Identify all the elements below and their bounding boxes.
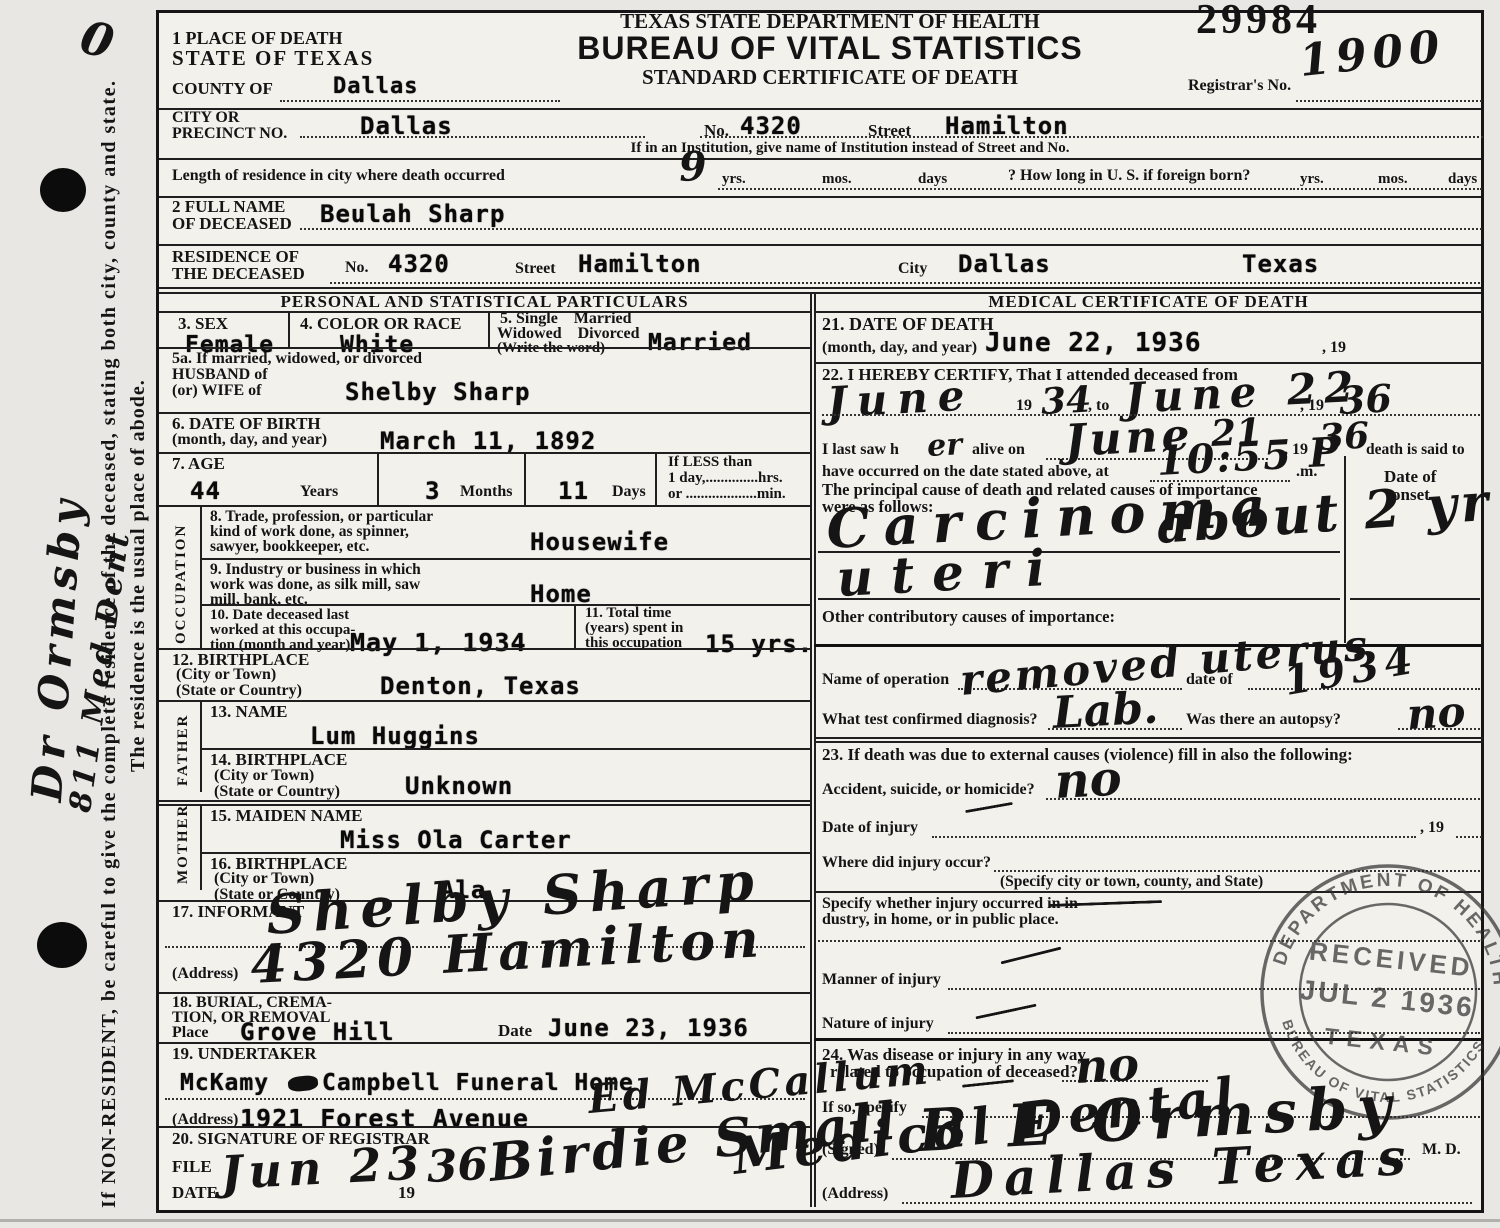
divider (814, 741, 1483, 743)
divider (1456, 836, 1482, 838)
birthplace-value: Denton, Texas (380, 672, 581, 700)
residence-length-label: Length of residence in city where death … (172, 168, 505, 185)
dept-title: TEXAS STATE DEPARTMENT OF HEALTH (560, 10, 1100, 32)
street-value: Hamilton (945, 112, 1069, 140)
city-value: Dallas (360, 112, 453, 140)
undertaker-value-1: McKamy (180, 1070, 269, 1096)
cause-of-death-line-2: uteri (835, 542, 1064, 604)
mother-vertical-label: MOTHER (176, 804, 192, 884)
hole-punch-bottom (37, 922, 87, 968)
registrar-no-label: Registrar's No. (1188, 78, 1291, 95)
divider (377, 452, 379, 505)
medical-section-title: MEDICAL CERTIFICATE OF DEATH (814, 293, 1483, 311)
trade-value: Housewife (530, 528, 669, 556)
race-label: 4. COLOR OR RACE (300, 315, 462, 333)
personal-section-title: PERSONAL AND STATISTICAL PARTICULARS (159, 293, 810, 311)
days-label: Days (612, 484, 646, 501)
foreign-born-label: ? How long in U. S. if foreign born? (1008, 168, 1250, 185)
date-of-death-value: June 22, 1936 (985, 328, 1202, 358)
nature-of-injury-label: Nature of injury (822, 1016, 934, 1033)
divider (488, 311, 490, 347)
dod-19-label: , 19 (1322, 340, 1346, 357)
divider (200, 700, 202, 792)
to-label: , to (1088, 398, 1109, 415)
father-name-value: Lum Huggins (310, 722, 480, 750)
divider (718, 188, 1288, 190)
autopsy-value: no (1406, 691, 1467, 736)
physician-address-label: (Address) (822, 1186, 888, 1203)
mos-label: mos. (822, 172, 852, 188)
fullname-value: Beulah Sharp (320, 200, 505, 228)
divider (300, 136, 645, 138)
informant-address-label: (Address) (172, 966, 238, 983)
undertaker-label: 19. UNDERTAKER (172, 1045, 317, 1063)
operation-label: Name of operation (822, 672, 949, 689)
divider (200, 804, 202, 890)
operation-date-label: date of (1186, 672, 1233, 689)
age-years-value: 44 (190, 477, 221, 505)
margin-zero-handwriting: 0 (76, 13, 118, 65)
last-saw-her-hw: er (926, 430, 962, 462)
divider (932, 836, 1416, 838)
last-saw-label-1: I last saw h (822, 442, 899, 459)
if-less-label-3: or ...................min. (668, 487, 786, 503)
last-saw-label-2: alive on (972, 442, 1025, 459)
divider (159, 196, 1481, 198)
date-of-death-sub: (month, day, and year) (822, 340, 977, 357)
autopsy-label: Was there an autopsy? (1186, 712, 1341, 729)
scan-edge-line (0, 1219, 1500, 1222)
divider (300, 228, 1482, 230)
father-birthplace-value: Unknown (405, 772, 513, 800)
related-label-2: related to occupation of deceased? (830, 1063, 1078, 1081)
last-worked-value: May 1, 1934 (350, 628, 527, 657)
dob-value: March 11, 1892 (380, 427, 596, 455)
death-certificate-scan: If NON-RESIDENT, be careful to give the … (0, 0, 1500, 1228)
res-city-label: City (898, 261, 927, 278)
divider (330, 282, 1480, 284)
hole-punch-top (40, 168, 86, 212)
divider (1296, 100, 1482, 102)
divider (814, 362, 1483, 364)
mother-name-value: Miss Ola Carter (340, 826, 572, 854)
divider (1350, 598, 1480, 600)
title-block: TEXAS STATE DEPARTMENT OF HEALTH BUREAU … (560, 10, 1100, 88)
months-label: Months (460, 484, 512, 501)
days-label: days (918, 172, 947, 188)
institution-note: If in an Institution, give name of Insti… (580, 141, 1120, 157)
manner-of-injury-label: Manner of injury (822, 972, 941, 989)
file-label: FILE (172, 1158, 212, 1176)
county-label: COUNTY OF (172, 80, 273, 98)
injury-date-label: Date of injury (822, 820, 918, 837)
state-of-texas-label: STATE OF TEXAS (172, 47, 374, 69)
marital-value: Married (648, 330, 752, 356)
days2-label: days (1448, 172, 1477, 188)
standard-title: STANDARD CERTIFICATE OF DEATH (560, 66, 1100, 88)
specify-city-label: (Specify city or town, county, and State… (1000, 874, 1263, 890)
divider (159, 311, 810, 313)
test-value: Lab. (1052, 687, 1160, 736)
burial-date-value: June 23, 1936 (548, 1014, 749, 1042)
divider (814, 311, 1483, 313)
accident-value: no (1053, 755, 1122, 806)
res-city-value: Dallas (958, 250, 1051, 278)
divider (1290, 188, 1482, 190)
to-19-label: , 19 (1300, 398, 1324, 415)
divider (524, 452, 526, 505)
age-days-value: 11 (558, 477, 589, 505)
spouse-value: Shelby Sharp (345, 378, 530, 406)
burial-date-label: Date (498, 1022, 532, 1040)
md-label: M. D. (1422, 1142, 1461, 1159)
res-street-label: Street (515, 261, 556, 278)
divider (655, 452, 657, 505)
last-saw-label-3: death is said to (1366, 442, 1465, 458)
sex-label: 3. SEX (178, 315, 228, 333)
stamp-date-text: JUL 2 1936 (1298, 974, 1476, 1023)
divider (200, 604, 810, 606)
contributory-label: Other contributory causes of importance: (822, 608, 1115, 625)
divider (700, 136, 1483, 138)
residence-length-value: 9 (678, 147, 708, 188)
test-label: What test confirmed diagnosis? (822, 712, 1038, 729)
attended-from-month: June (826, 374, 976, 424)
divider (159, 108, 1481, 110)
age-months-value: 3 (425, 477, 440, 505)
yrs2-label: yrs. (1300, 172, 1324, 188)
mos2-label: mos. (1378, 172, 1408, 188)
accident-label: Accident, suicide, or homicide? (822, 782, 1035, 799)
total-time-value: 15 yrs. (705, 630, 813, 658)
county-value: Dallas (333, 74, 418, 99)
divider (159, 347, 810, 349)
age-label: 7. AGE (172, 455, 225, 473)
specify-where-label-2: dustry, in home, or in public place. (822, 912, 1059, 929)
divider (159, 287, 1481, 289)
date-of-death-label: 21. DATE OF DEATH (822, 315, 994, 334)
injury-19-label: , 19 (1420, 820, 1444, 837)
file-19-label: 19 (398, 1184, 415, 1202)
years-label: Years (300, 484, 338, 501)
file-year-value: 36 (426, 1143, 489, 1190)
from-19-label: 19 (1016, 398, 1032, 415)
divider (574, 604, 576, 648)
res-state-value: Texas (1242, 250, 1319, 278)
divider (280, 100, 560, 102)
burial-place-label: Place (172, 1025, 208, 1042)
street-label: Street (868, 122, 911, 140)
divider (159, 244, 1481, 246)
occurred-label: have occurred on the date stated above, … (822, 464, 1109, 481)
birthplace-state-label: (State or Country) (176, 683, 302, 700)
father-bp-state-label: (State or Country) (214, 784, 340, 801)
father-name-label: 13. NAME (210, 703, 287, 721)
father-vertical-label: FATHER (176, 714, 192, 786)
divider (200, 558, 810, 560)
house-no-value: 4320 (740, 112, 802, 140)
divider (814, 737, 1483, 739)
divider (200, 505, 202, 648)
mother-name-label: 15. MAIDEN NAME (210, 807, 363, 825)
divider (159, 800, 810, 802)
res-no-label: No. (345, 260, 369, 277)
divider (159, 158, 1481, 160)
file-date-label: DATE (172, 1184, 218, 1202)
stamp-received-text: RECEIVED (1308, 936, 1475, 983)
residence-label-2: THE DECEASED (172, 265, 305, 283)
fullname-label-2: OF DECEASED (172, 215, 292, 233)
trade-label-3: sawyer, bookkeeper, etc. (210, 539, 369, 555)
injury-where-label: Where did injury occur? (822, 855, 991, 872)
divider (288, 311, 290, 347)
divider (159, 505, 810, 507)
m-label: .m. (1296, 464, 1317, 481)
bureau-title: BUREAU OF VITAL STATISTICS (560, 32, 1100, 66)
yrs-label: yrs. (722, 172, 746, 188)
if-less-label-2: 1 day,..............hrs. (668, 471, 783, 487)
occupation-vertical-label: OCCUPATION (174, 524, 190, 644)
spouse-label-3: (or) WIFE of (172, 383, 261, 400)
stamp-state-text: TEXAS (1323, 1023, 1442, 1061)
city-label-2: PRECINCT NO. (172, 126, 287, 143)
res-street-value: Hamilton (578, 250, 702, 278)
res-no-value: 4320 (388, 250, 450, 278)
dob-sub-label: (month, day, and year) (172, 432, 327, 449)
if-less-label-1: If LESS than (668, 455, 752, 471)
file-date-value: Jun 23 (220, 1139, 427, 1196)
